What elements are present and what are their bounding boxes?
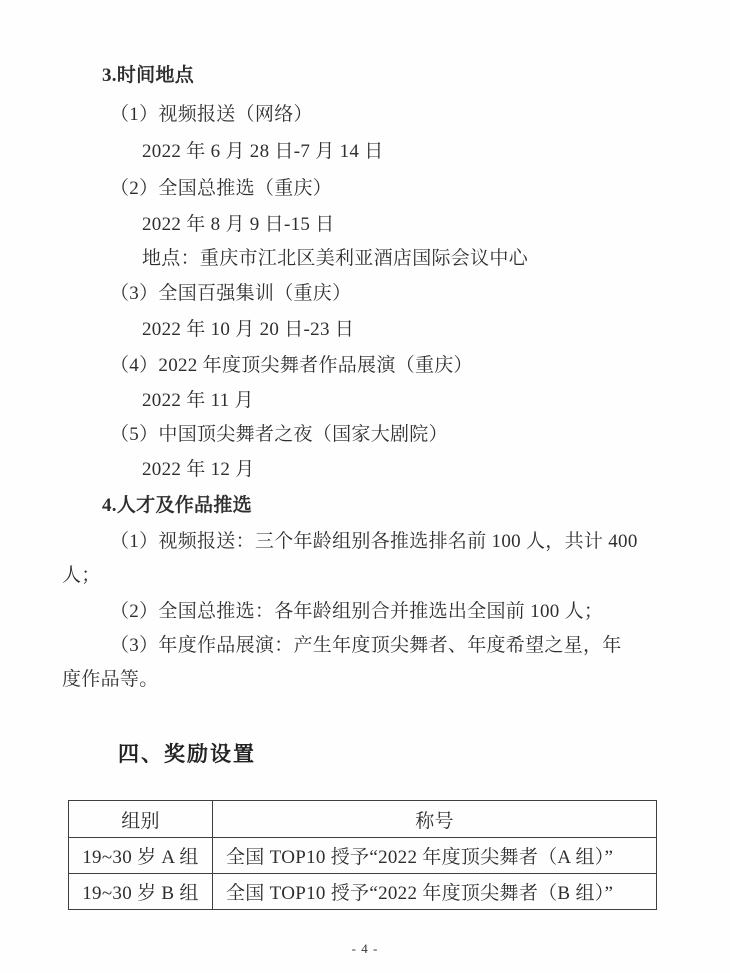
- date-top100-training: 2022 年 10 月 20 日-23 日: [142, 318, 354, 342]
- selection-rule-3-wrap: 度作品等。: [62, 668, 159, 692]
- group-a-title-cell: 全国 TOP10 授予“2022 年度顶尖舞者（A 组）”: [213, 838, 657, 874]
- awards-section-heading: 四、奖励设置: [118, 738, 256, 768]
- section4-talent-heading: 4.人才及作品推选: [102, 494, 252, 518]
- column-header-group: 组别: [69, 801, 213, 838]
- date-dancers-night: 2022 年 12 月: [142, 458, 255, 482]
- section3-heading: 3.时间地点: [102, 64, 194, 88]
- awards-table: 组别 称号 19~30 岁 A 组 全国 TOP10 授予“2022 年度顶尖舞…: [68, 800, 657, 910]
- date-video-submission: 2022 年 6 月 28 日-7 月 14 日: [142, 140, 384, 164]
- item-3-top100-training: （3）全国百强集训（重庆）: [110, 282, 351, 306]
- column-header-title: 称号: [213, 801, 657, 838]
- location-national-selection: 地点：重庆市江北区美利亚酒店国际会议中心: [142, 247, 528, 271]
- selection-rule-2: （2）全国总推选：各年龄组别合并推选出全国前 100 人；: [110, 600, 603, 624]
- table-row: 19~30 岁 A 组 全国 TOP10 授予“2022 年度顶尖舞者（A 组）…: [69, 838, 657, 874]
- awards-table-header-row: 组别 称号: [69, 801, 657, 838]
- item-5-dancers-night: （5）中国顶尖舞者之夜（国家大剧院）: [110, 423, 448, 447]
- item-2-national-selection: （2）全国总推选（重庆）: [110, 177, 332, 201]
- group-a-cell: 19~30 岁 A 组: [69, 838, 213, 874]
- date-national-selection: 2022 年 8 月 9 日-15 日: [142, 213, 335, 237]
- group-b-title-cell: 全国 TOP10 授予“2022 年度顶尖舞者（B 组）”: [213, 874, 657, 910]
- group-b-cell: 19~30 岁 B 组: [69, 874, 213, 910]
- page-number: - 4 -: [0, 941, 730, 957]
- item-1-video-submission: （1）视频报送（网络）: [110, 103, 313, 127]
- selection-rule-1-wrap: 人；: [62, 564, 101, 588]
- selection-rule-3: （3）年度作品展演：产生年度顶尖舞者、年度希望之星，年: [110, 634, 622, 658]
- selection-rule-1: （1）视频报送：三个年龄组别各推选排名前 100 人，共计 400: [110, 530, 638, 554]
- item-4-works-showcase: （4）2022 年度顶尖舞者作品展演（重庆）: [110, 354, 473, 378]
- date-works-showcase: 2022 年 11 月: [142, 389, 254, 413]
- document-page: 3.时间地点 （1）视频报送（网络） 2022 年 6 月 28 日-7 月 1…: [0, 0, 730, 973]
- table-row: 19~30 岁 B 组 全国 TOP10 授予“2022 年度顶尖舞者（B 组）…: [69, 874, 657, 910]
